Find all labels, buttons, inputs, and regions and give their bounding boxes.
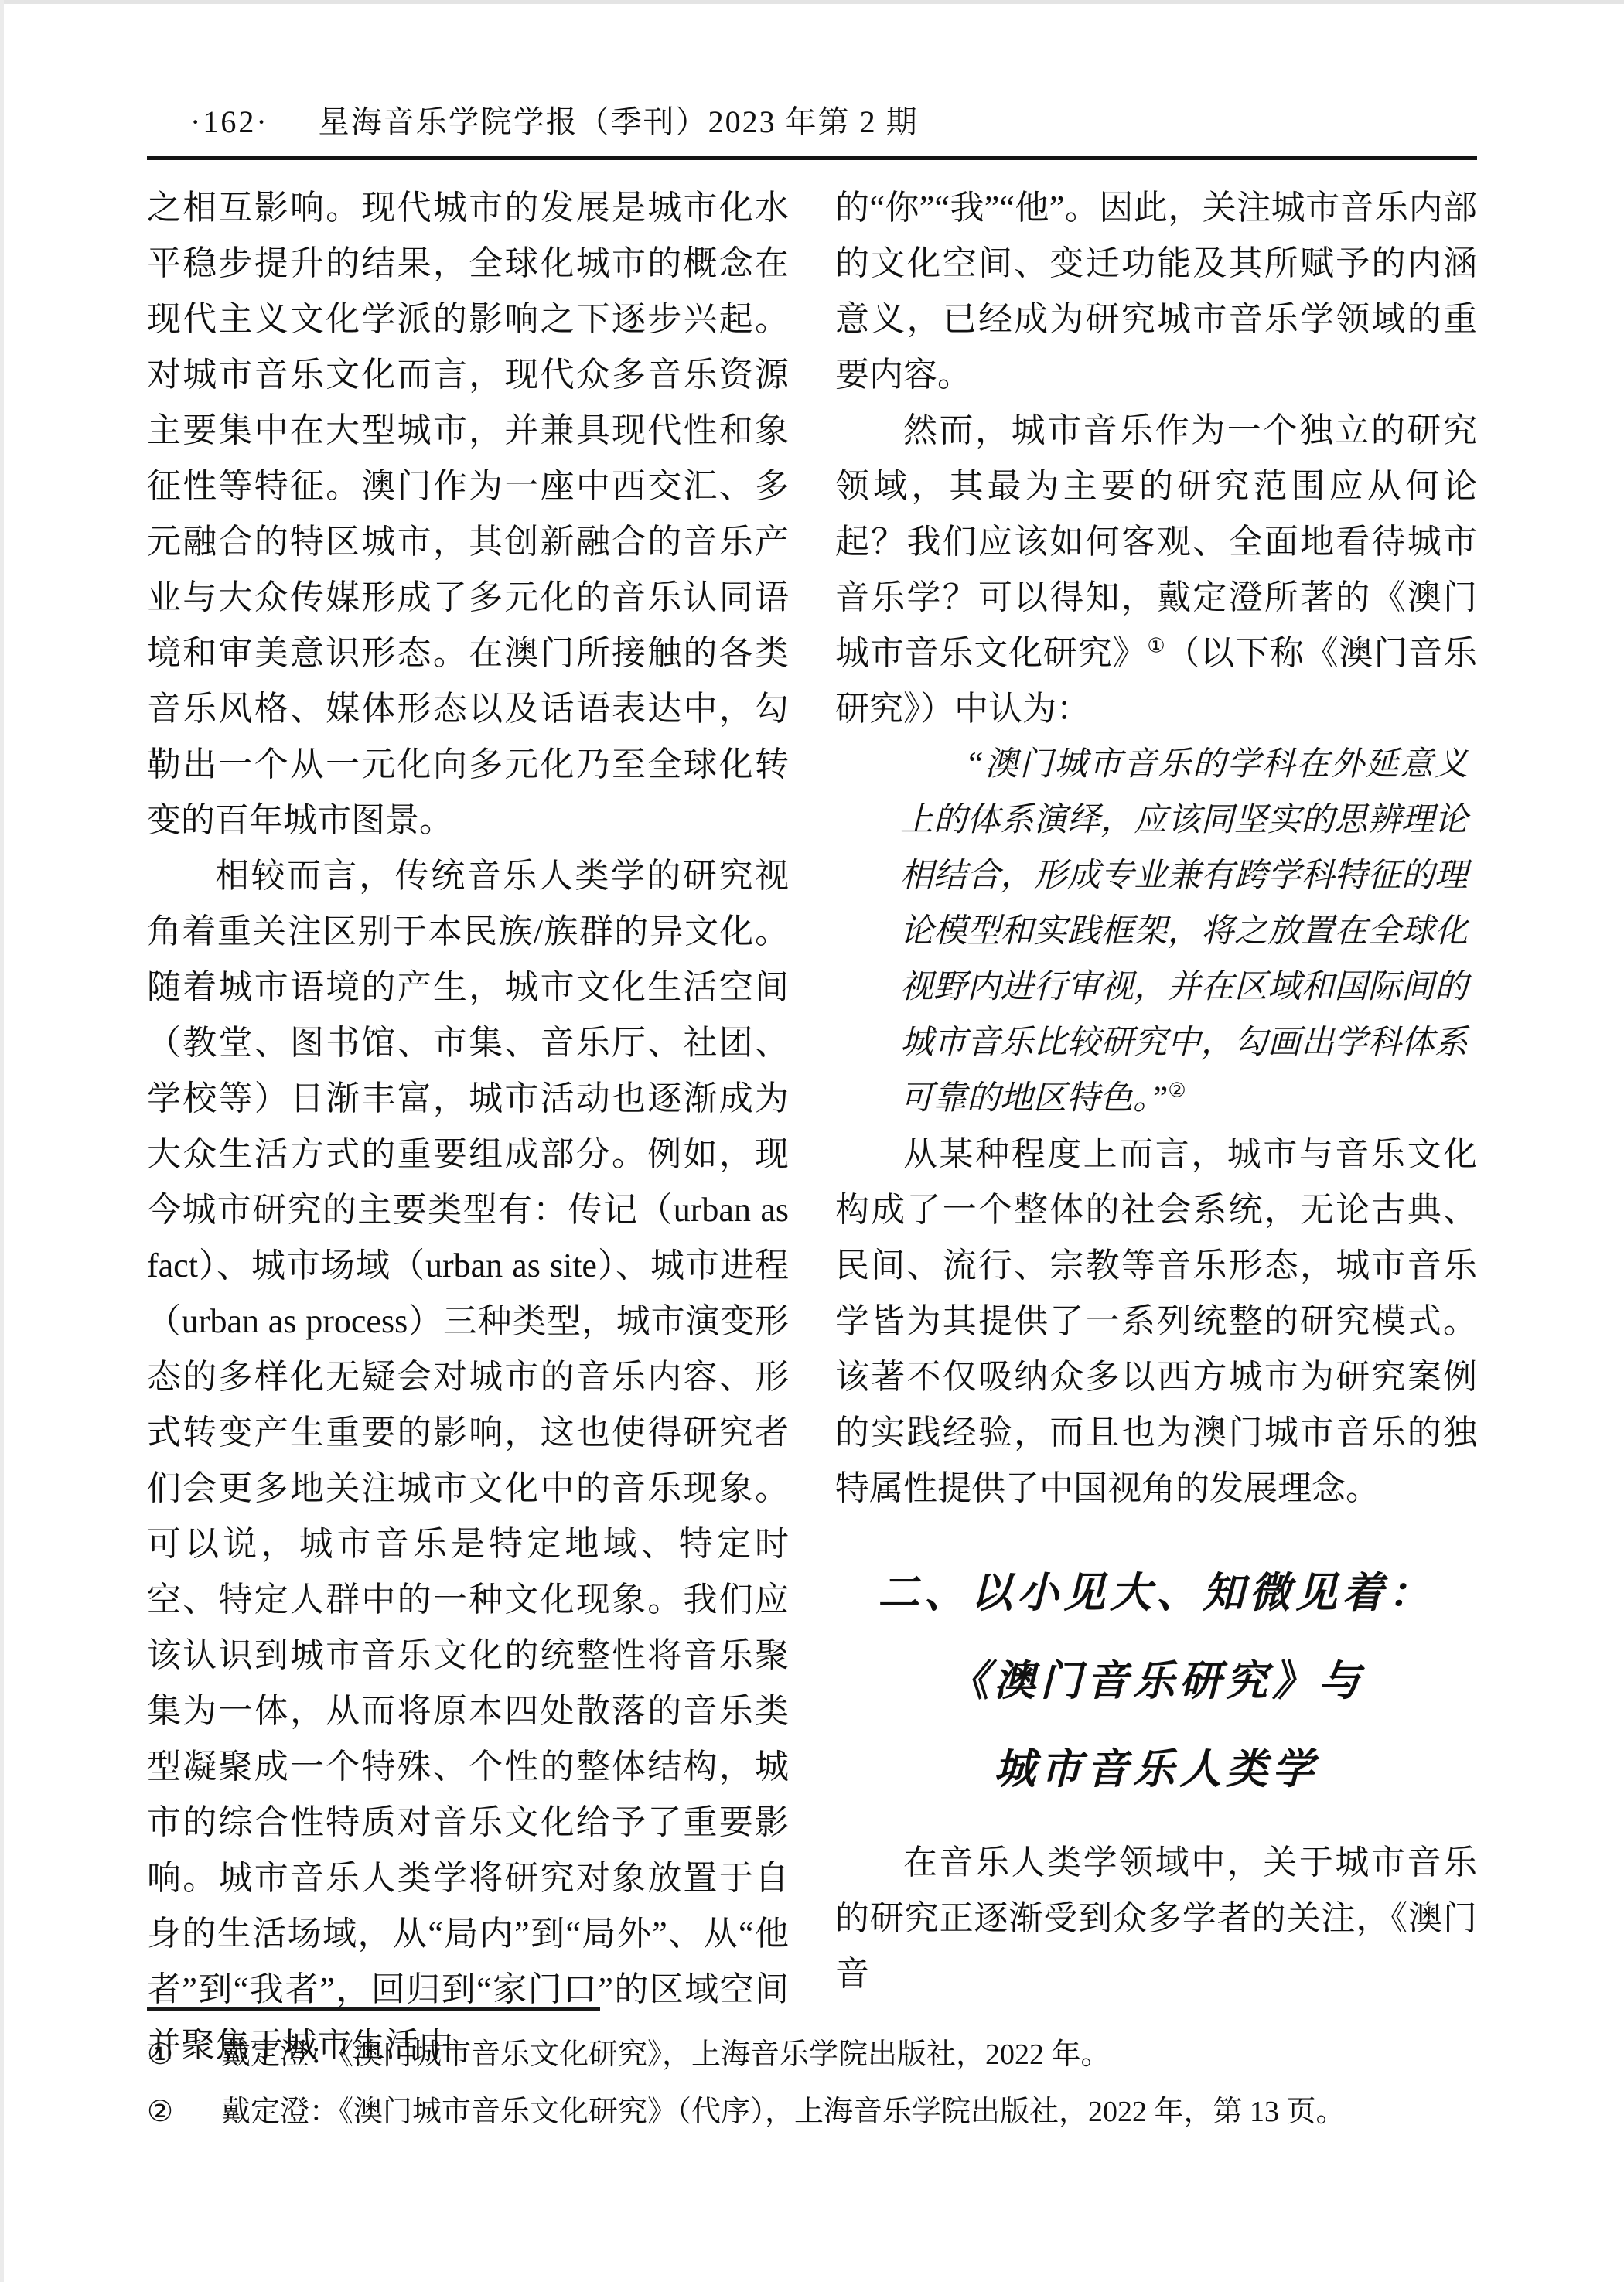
section-heading-line: 城市音乐人类学 [835,1725,1477,1813]
paragraph: 相较而言，传统音乐人类学的研究视角着重关注区别于本民族/族群的异文化。随着城市语… [147,848,789,2073]
right-column: 的“你”“我”“他”。因此，关注城市音乐内部的文化空间、变迁功能及其所赋予的内涵… [835,180,1477,2073]
journal-title: 星海音乐学院学报（季刊）2023 年第 2 期 [319,105,919,139]
footnote-text: 戴定澄：《澳门城市音乐文化研究》（代序），上海音乐学院出版社，2022 年，第 … [221,2083,1477,2140]
paragraph: 然而，城市音乐作为一个独立的研究领域，其最为主要的研究范围应从何论起？我们应该如… [835,403,1477,737]
footnotes: ① 戴定澄：《澳门城市音乐文化研究》，上海音乐学院出版社，2022 年。 ② 戴… [147,2007,1477,2140]
footnote: ② 戴定澄：《澳门城市音乐文化研究》（代序），上海音乐学院出版社，2022 年，… [147,2083,1477,2140]
footnote-ref-1: ① [1147,634,1165,657]
footnote-marker: ① [147,2026,221,2083]
paragraph: 从某种程度上而言，城市与音乐文化构成了一个整体的社会系统，无论古典、民间、流行、… [835,1127,1477,1516]
paragraph-continuation: 的“你”“我”“他”。因此，关注城市音乐内部的文化空间、变迁功能及其所赋予的内涵… [835,180,1477,403]
article-body: 之相互影响。现代城市的发展是城市化水平稳步提升的结果，全球化城市的概念在现代主义… [147,180,1477,2073]
footnote-text: 戴定澄：《澳门城市音乐文化研究》，上海音乐学院出版社，2022 年。 [221,2026,1477,2083]
block-quote: “澳门城市音乐的学科在外延意义上的体系演绎，应该同坚实的思辨理论相结合，形成专业… [900,737,1468,1127]
footnote-ref-2: ② [1168,1080,1186,1102]
paragraph-continuation: 之相互影响。现代城市的发展是城市化水平稳步提升的结果，全球化城市的概念在现代主义… [147,180,789,848]
section-heading-line: 二、以小见大、知微见着： [835,1549,1477,1637]
paragraph-text: 然而，城市音乐作为一个独立的研究领域，其最为主要的研究范围应从何论起？我们应该如… [835,411,1477,672]
paragraph: 在音乐人类学领域中，关于城市音乐的研究正逐渐受到众多学者的关注，《澳门音 [835,1835,1477,2002]
section-heading: 二、以小见大、知微见着： 《澳门音乐研究》与 城市音乐人类学 [835,1549,1477,1813]
section-heading-line: 《澳门音乐研究》与 [835,1637,1477,1725]
footnote-marker: ② [147,2083,221,2140]
page-header: ·162· 星海音乐学院学报（季刊）2023 年第 2 期 [147,105,1477,160]
page-number: ·162· [190,105,269,139]
journal-page: ·162· 星海音乐学院学报（季刊）2023 年第 2 期 之相互影响。现代城市… [0,0,1624,2282]
left-column: 之相互影响。现代城市的发展是城市化水平稳步提升的结果，全球化城市的概念在现代主义… [147,180,789,2073]
footnote: ① 戴定澄：《澳门城市音乐文化研究》，上海音乐学院出版社，2022 年。 [147,2026,1477,2083]
footnote-separator [147,2007,600,2011]
quote-text: “澳门城市音乐的学科在外延意义上的体系演绎，应该同坚实的思辨理论相结合，形成专业… [900,746,1468,1117]
